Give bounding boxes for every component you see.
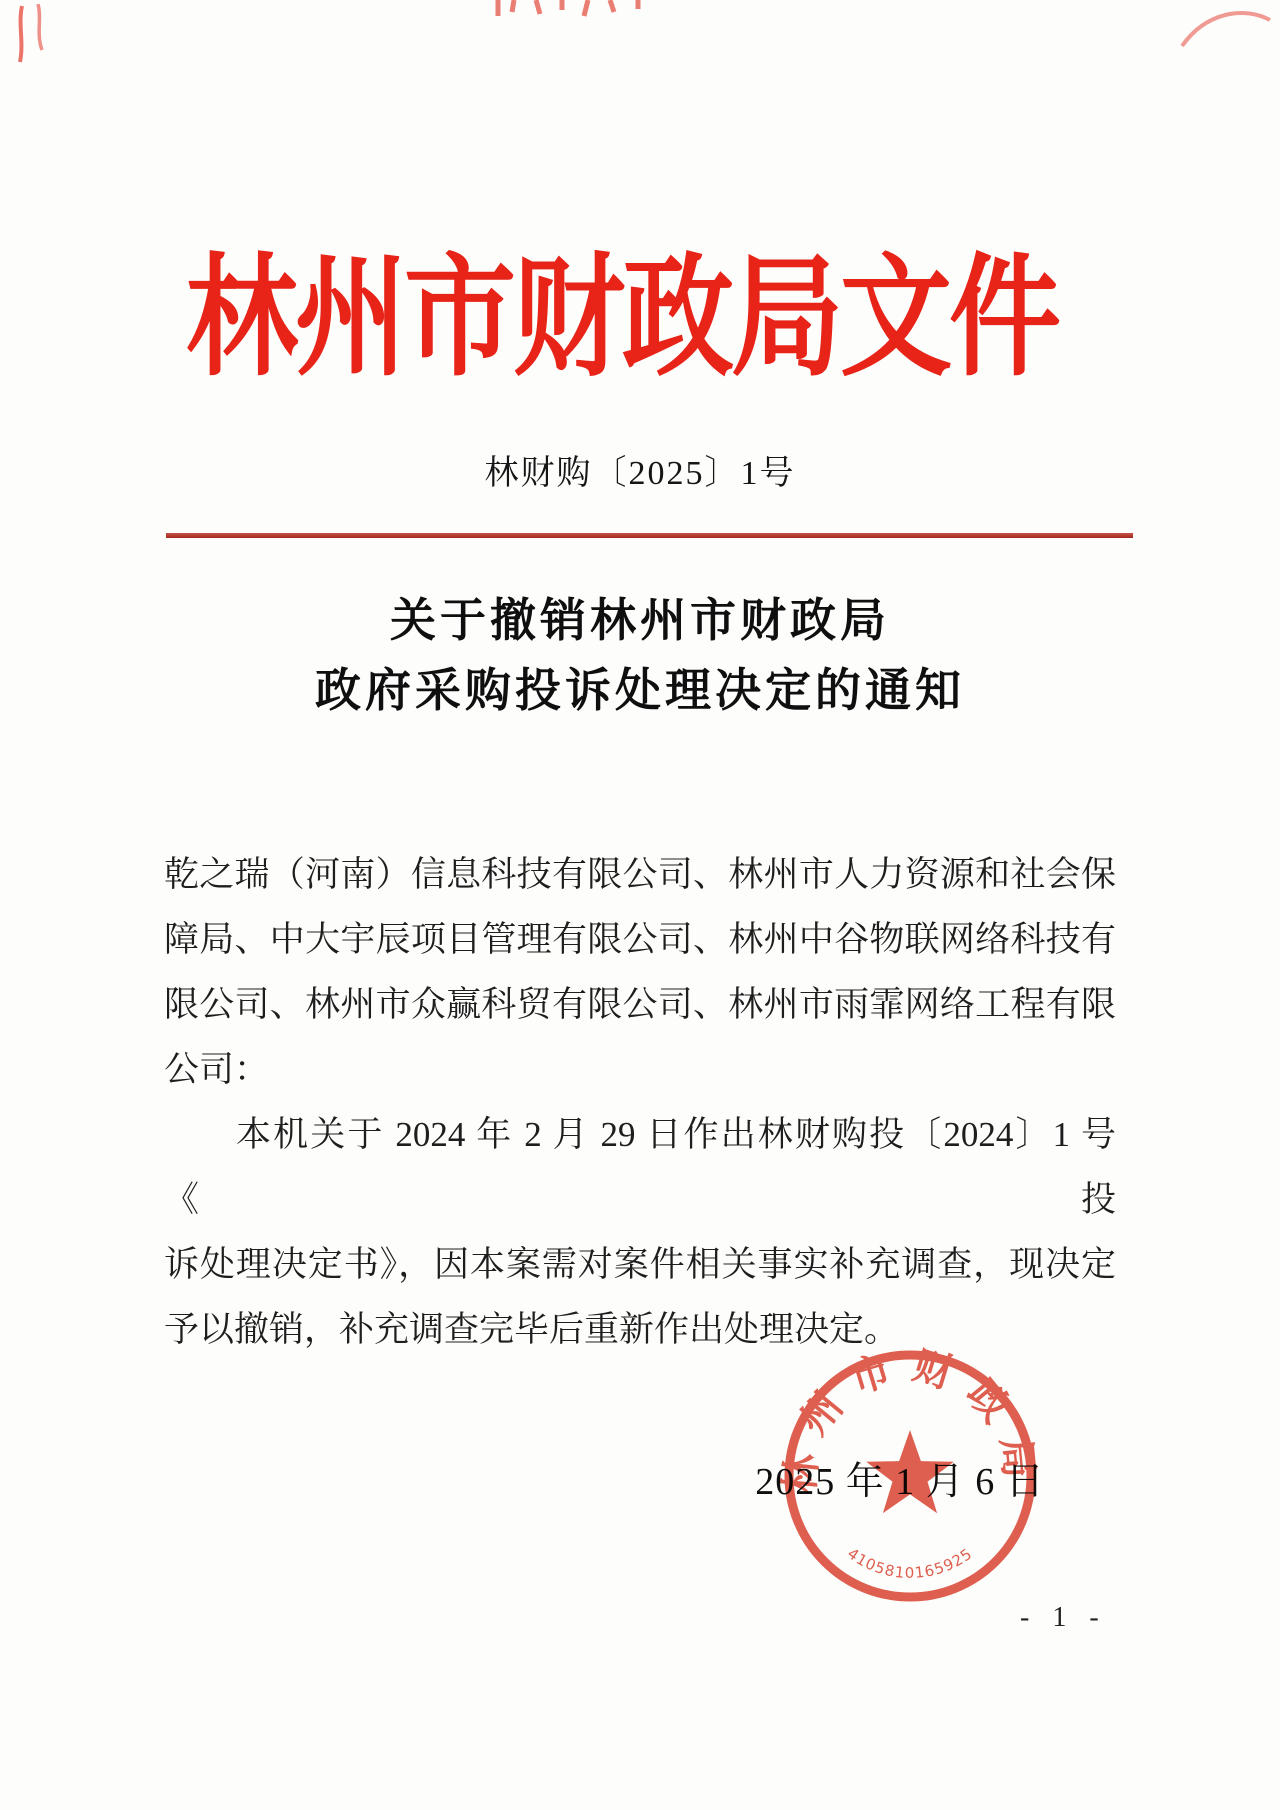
red-separator-line bbox=[166, 533, 1133, 538]
recipients-line-1: 乾之瑞（河南）信息科技有限公司、林州市人力资源和社会保 bbox=[164, 842, 1116, 907]
document-page: 林州市财政局文件 林财购〔2025〕1号 关于撤销林州市财政局 政府采购投诉处理… bbox=[0, 0, 1280, 1810]
recipients-line-3: 限公司、林州市众赢科贸有限公司、林州市雨霏网络工程有限 bbox=[164, 972, 1116, 1037]
notice-title-line2: 政府采购投诉处理决定的通知 bbox=[0, 656, 1280, 726]
scan-artifact-top-right bbox=[1178, 2, 1274, 54]
recipients-line-4: 公司： bbox=[164, 1037, 1116, 1102]
scan-artifact-top-left bbox=[12, 4, 56, 66]
seal-code: 4105810165925 bbox=[844, 1544, 976, 1581]
svg-text:4105810165925: 4105810165925 bbox=[844, 1544, 976, 1581]
notice-title-line1: 关于撤销林州市财政局 bbox=[0, 586, 1280, 656]
scan-artifact-top-center bbox=[492, 0, 652, 26]
paragraph-line-2: 诉处理决定书》，因本案需对案件相关事实补充调查，现决定 bbox=[164, 1232, 1116, 1297]
body-text: 乾之瑞（河南）信息科技有限公司、林州市人力资源和社会保 障局、中大宇辰项目管理有… bbox=[164, 842, 1116, 1362]
paragraph-line-1: 本机关于 2024 年 2 月 29 日作出林财购投〔2024〕1 号《投 bbox=[164, 1102, 1116, 1232]
notice-title: 关于撤销林州市财政局 政府采购投诉处理决定的通知 bbox=[0, 586, 1280, 726]
agency-letterhead: 林州市财政局文件 bbox=[0, 212, 1262, 402]
issue-date: 2025 年 1 月 6 日 bbox=[640, 1450, 1160, 1505]
doc-number: 林财购〔2025〕1号 bbox=[0, 445, 1280, 494]
recipients-line-2: 障局、中大宇辰项目管理有限公司、林州中谷物联网络科技有 bbox=[164, 907, 1116, 972]
